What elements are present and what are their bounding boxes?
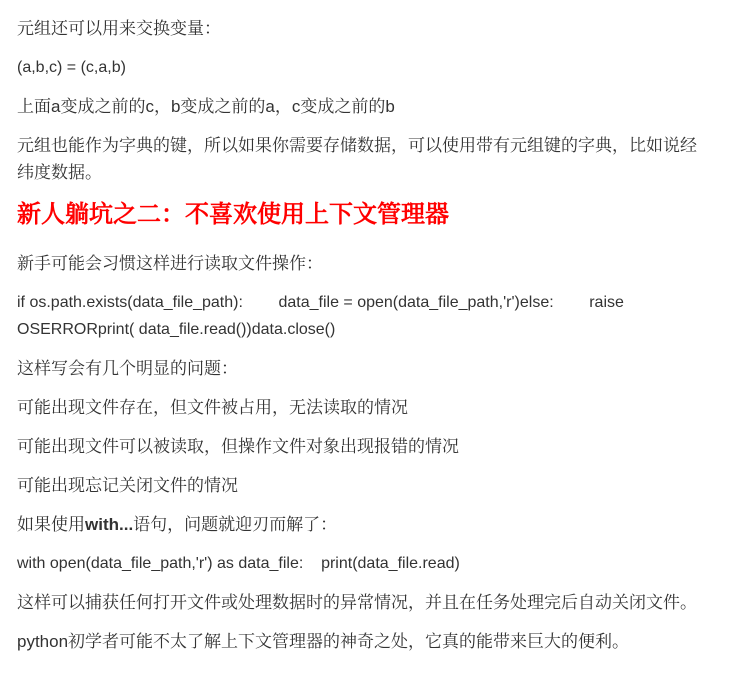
tuple-swap-code-line: (a,b,c) = (c,a,b) [17,54,712,81]
problem-item-3: 可能出现忘记关闭文件的情况 [17,472,712,499]
tuple-swap-intro-paragraph: 元组还可以用来交换变量： [17,15,712,42]
with-statement-paragraph: 如果使用with...语句，问题就迎刃而解了： [17,511,712,538]
section-heading-pitfall-2: 新人躺坑之二：不喜欢使用上下文管理器 [17,198,712,232]
problem-item-2: 可能出现文件可以被读取，但操作文件对象出现报错的情况 [17,433,712,460]
with-benefit-paragraph: 这样可以捕获任何打开文件或处理数据时的异常情况，并且在任务处理完后自动关闭文件。 [17,589,712,616]
tuple-swap-explanation-paragraph: 上面a变成之前的c，b变成之前的a，c变成之前的b [17,93,712,120]
with-statement-text-after: 语句，问题就迎刃而解了： [133,515,337,534]
file-read-intro-paragraph: 新手可能会习惯这样进行读取文件操作： [17,250,712,277]
problems-intro-paragraph: 这样写会有几个明显的问题： [17,355,712,382]
problem-item-1: 可能出现文件存在，但文件被占用，无法读取的情况 [17,394,712,421]
with-keyword-bold: with... [85,515,133,534]
with-open-code-snippet: with open(data_file_path,'r') as data_fi… [17,550,712,577]
article-body: 元组还可以用来交换变量： (a,b,c) = (c,a,b) 上面a变成之前的c… [0,0,729,655]
closing-remark-paragraph: python初学者可能不太了解上下文管理器的神奇之处，它真的能带来巨大的便利。 [17,628,712,655]
file-read-code-snippet: if os.path.exists(data_file_path): data_… [17,289,712,343]
tuple-dict-key-paragraph: 元组也能作为字典的键，所以如果你需要存储数据，可以使用带有元组键的字典，比如说经… [17,132,712,186]
with-statement-text-before: 如果使用 [17,515,85,534]
